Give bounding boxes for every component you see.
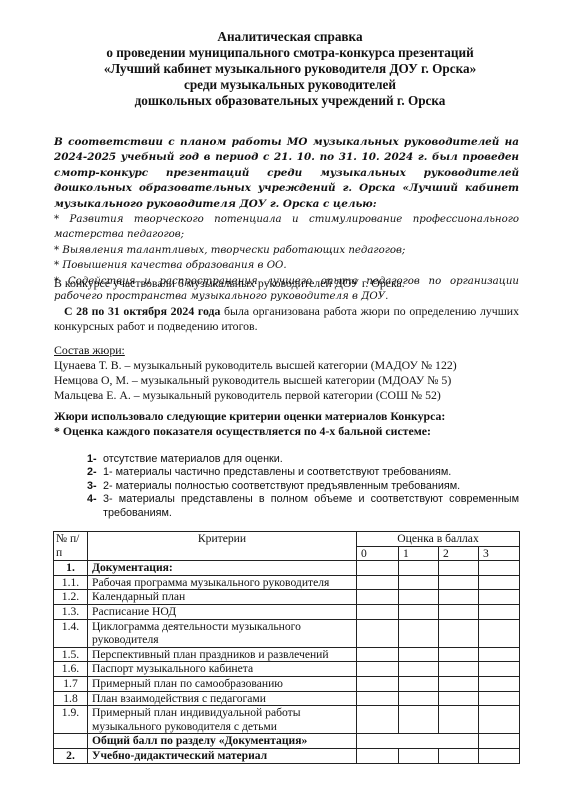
scale-item: 2-1- материалы частично представлены и с… [87, 466, 519, 479]
jury-work-text: С 28 по 31 октября 2024 года была органи… [54, 304, 519, 334]
score-cell [439, 604, 479, 619]
score-cell [357, 748, 399, 763]
header-score-0: 0 [357, 546, 399, 561]
jury-member: Немцова О, М. – музыкальный руководитель… [54, 373, 519, 388]
header-score-2: 2 [439, 546, 479, 561]
score-cell [439, 575, 479, 590]
row-number: 1.3. [54, 604, 88, 619]
row-criterion: Общий балл по разделу «Документация» [88, 734, 357, 749]
table-row: 1.3.Расписание НОД [54, 604, 520, 619]
participants-text: В конкурсе участвовали 6 музыкальных рук… [54, 276, 519, 291]
table-row: 1.9.Примерный план индивидуальной работы… [54, 706, 520, 734]
score-cell [399, 561, 439, 576]
jury-work-dates: С 28 по 31 октября 2024 года [64, 304, 220, 318]
score-cell [479, 575, 520, 590]
score-cell [399, 619, 439, 647]
score-cell [479, 647, 520, 662]
row-number [54, 734, 88, 749]
row-criterion: Рабочая программа музыкального руководит… [88, 575, 357, 590]
row-number: 1.5. [54, 647, 88, 662]
score-cell [439, 706, 479, 734]
score-cell [399, 676, 439, 691]
criteria-intro-line: * Оценка каждого показателя осуществляет… [54, 424, 519, 439]
title-line: «Лучший кабинет музыкального руководител… [60, 61, 520, 77]
row-number: 1.8 [54, 691, 88, 706]
score-cell [399, 691, 439, 706]
scale-item-number: 4- [87, 493, 103, 520]
score-cell [357, 590, 399, 605]
table-row: 1.5.Перспективный план праздников и разв… [54, 647, 520, 662]
score-cell [399, 604, 439, 619]
goal-item: * Повышения качества образования в ОО. [54, 258, 519, 273]
row-criterion: Паспорт музыкального кабинета [88, 662, 357, 677]
score-cell [357, 676, 399, 691]
row-number: 1.4. [54, 619, 88, 647]
row-number: 1.1. [54, 575, 88, 590]
table-row: 1.2.Календарный план [54, 590, 520, 605]
jury-member: Мальцева Е. А. – музыкальный руководител… [54, 388, 519, 403]
scale-item-text: отсутствие материалов для оценки. [103, 453, 519, 466]
score-cell [439, 590, 479, 605]
scale-item-text: 1- материалы частично представлены и соо… [103, 466, 519, 479]
scale-item-text: 3- материалы представлены в полном объем… [103, 493, 519, 520]
title-line: среди музыкальных руководителей [60, 77, 520, 93]
score-cell [357, 604, 399, 619]
score-cell [357, 706, 399, 734]
score-cell [357, 662, 399, 677]
row-criterion: Расписание НОД [88, 604, 357, 619]
document-title: Аналитическая справка о проведении муниц… [60, 29, 520, 109]
score-cell [357, 619, 399, 647]
score-cell [479, 748, 520, 763]
document-page: Аналитическая справка о проведении муниц… [0, 0, 566, 800]
score-cell [399, 662, 439, 677]
criteria-table: № п/п Критерии Оценка в баллах 0 1 2 3 1… [53, 531, 520, 764]
table-row: 1.7Примерный план по самообразованию [54, 676, 520, 691]
title-line: о проведении муниципального смотра-конку… [60, 45, 520, 61]
score-cell [439, 561, 479, 576]
score-cell [439, 676, 479, 691]
criteria-intro: Жюри использовало следующие критерии оце… [54, 409, 519, 439]
row-criterion: Календарный план [88, 590, 357, 605]
score-cell [479, 691, 520, 706]
criteria-intro-line: Жюри использовало следующие критерии оце… [54, 409, 519, 424]
row-criterion: План взаимодействия с педагогами [88, 691, 357, 706]
scale-item-number: 2- [87, 466, 103, 479]
score-cell [399, 590, 439, 605]
score-cell [479, 662, 520, 677]
scale-item-number: 1- [87, 453, 103, 466]
score-cell [357, 647, 399, 662]
table-row: 1.1.Рабочая программа музыкального руков… [54, 575, 520, 590]
row-number: 2. [54, 748, 88, 763]
score-cell [479, 734, 520, 749]
table-row: 1.6.Паспорт музыкального кабинета [54, 662, 520, 677]
jury-section: Состав жюри: Цунаева Т. В. – музыкальный… [54, 343, 519, 403]
row-number: 1.6. [54, 662, 88, 677]
table-row: 1.8План взаимодействия с педагогами [54, 691, 520, 706]
scale-item-text: 2- материалы полностью соответствуют пре… [103, 480, 519, 493]
table-row: Общий балл по разделу «Документация» [54, 734, 520, 749]
score-cell-total [357, 734, 479, 749]
score-cell [357, 575, 399, 590]
scale-item-number: 3- [87, 480, 103, 493]
goal-item: * Развития творческого потенциала и стим… [54, 212, 519, 243]
score-cell [399, 647, 439, 662]
score-cell [439, 647, 479, 662]
score-cell [439, 619, 479, 647]
row-criterion: Перспективный план праздников и развлече… [88, 647, 357, 662]
score-cell [399, 575, 439, 590]
score-cell [357, 691, 399, 706]
header-score-3: 3 [479, 546, 520, 561]
row-criterion: Примерный план по самообразованию [88, 676, 357, 691]
row-number: 1.9. [54, 706, 88, 734]
intro-lead: В соответствии с планом работы МО музыка… [54, 135, 519, 212]
table-row: 1.4.Циклограмма деятельности музыкальног… [54, 619, 520, 647]
goal-item: * Выявления талантливых, творчески работ… [54, 243, 519, 258]
score-cell [479, 706, 520, 734]
header-score: Оценка в баллах [357, 532, 520, 547]
title-line: дошкольных образовательных учреждений г.… [60, 93, 520, 109]
scale-item: 4-3- материалы представлены в полном объ… [87, 493, 519, 520]
row-criterion: Примерный план индивидуальной работы муз… [88, 706, 357, 734]
table-row: 2.Учебно-дидактический материал [54, 748, 520, 763]
row-criterion: Учебно-дидактический материал [88, 748, 357, 763]
score-cell [479, 590, 520, 605]
jury-title: Состав жюри: [54, 343, 519, 358]
score-cell [439, 748, 479, 763]
title-line: Аналитическая справка [60, 29, 520, 45]
score-cell [399, 748, 439, 763]
row-criterion: Документация: [88, 561, 357, 576]
score-cell [439, 691, 479, 706]
scoring-scale-list: 1-отсутствие материалов для оценки. 2-1-… [87, 453, 519, 520]
score-cell [479, 561, 520, 576]
score-cell [479, 604, 520, 619]
jury-member: Цунаева Т. В. – музыкальный руководитель… [54, 358, 519, 373]
score-cell [399, 706, 439, 734]
row-number: 1. [54, 561, 88, 576]
header-number: № п/п [54, 532, 88, 561]
score-cell [479, 676, 520, 691]
table-row: 1.Документация: [54, 561, 520, 576]
row-number: 1.7 [54, 676, 88, 691]
row-number: 1.2. [54, 590, 88, 605]
scale-item: 3-2- материалы полностью соответствуют п… [87, 480, 519, 493]
scale-item: 1-отсутствие материалов для оценки. [87, 453, 519, 466]
score-cell [439, 662, 479, 677]
score-cell [357, 561, 399, 576]
score-cell [479, 619, 520, 647]
row-criterion: Циклограмма деятельности музыкального ру… [88, 619, 357, 647]
table-header-row: № п/п Критерии Оценка в баллах [54, 532, 520, 547]
header-score-1: 1 [399, 546, 439, 561]
header-criteria: Критерии [88, 532, 357, 561]
